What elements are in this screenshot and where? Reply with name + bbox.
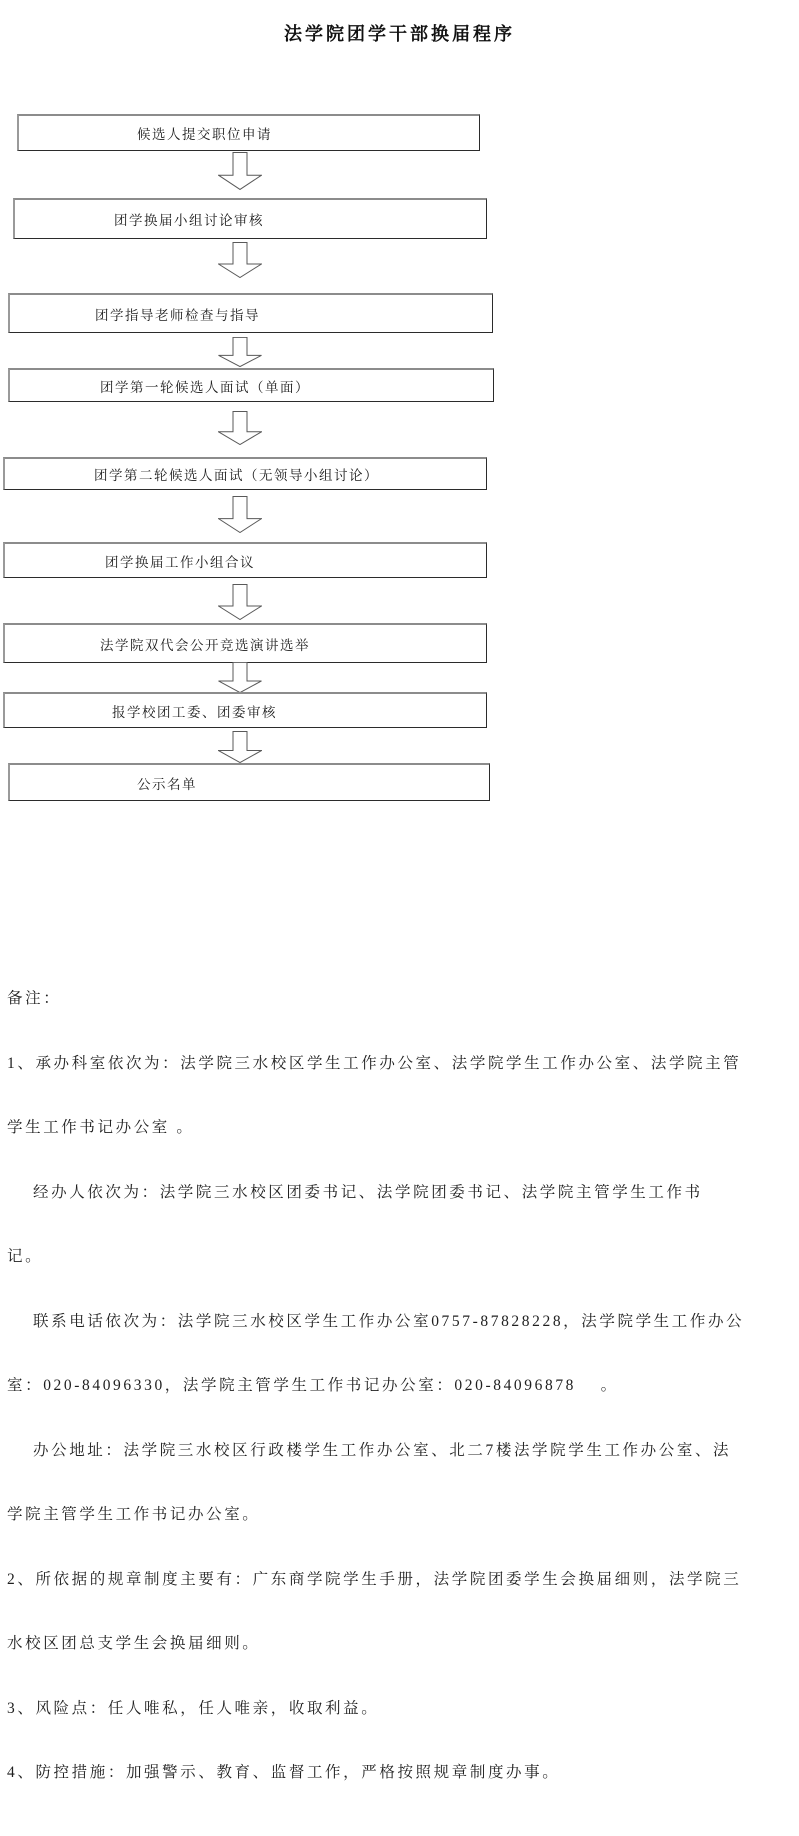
flow-step-label: 团学第一轮候选人面试（单面）	[100, 376, 310, 396]
flow-step-6: 团学换届工作小组合议	[3, 542, 487, 578]
down-arrow-icon	[218, 242, 262, 278]
note-line: 学生工作书记办公室 。	[7, 1117, 795, 1182]
flow-step-5: 团学第二轮候选人面试（无领导小组讨论）	[3, 457, 487, 490]
note-line: 3、风险点：任人唯私，任人唯亲，收取利益。	[7, 1698, 795, 1763]
flow-step-2: 团学换届小组讨论审核	[13, 198, 487, 239]
flow-step-label: 团学指导老师检查与指导	[95, 304, 260, 324]
flow-step-label: 团学第二轮候选人面试（无领导小组讨论）	[94, 464, 379, 484]
flow-step-label: 公示名单	[137, 773, 197, 793]
flow-step-label: 候选人提交职位申请	[137, 123, 272, 143]
flow-step-label: 报学校团工委、团委审核	[112, 701, 277, 721]
note-line: 办公地址：法学院三水校区行政楼学生工作办公室、北二7楼法学院学生工作办公室、法	[7, 1440, 795, 1505]
note-line: 室：020-84096330，法学院主管学生工作书记办公室：020-840968…	[7, 1375, 795, 1440]
document-page: 法学院团学干部换届程序 候选人提交职位申请 团学换届小组讨论审核 团学指导老师检…	[0, 0, 799, 1836]
note-line: 联系电话依次为：法学院三水校区学生工作办公室0757-87828228，法学院学…	[7, 1311, 795, 1376]
down-arrow-icon	[218, 152, 262, 190]
down-arrow-icon	[218, 337, 262, 367]
page-title: 法学院团学干部换届程序	[0, 20, 799, 46]
flow-step-label: 团学换届小组讨论审核	[114, 209, 264, 229]
flow-step-8: 报学校团工委、团委审核	[3, 692, 487, 728]
note-line: 4、防控措施：加强警示、教育、监督工作，严格按照规章制度办事。	[7, 1762, 795, 1827]
down-arrow-icon	[218, 662, 262, 693]
flow-step-9: 公示名单	[8, 763, 490, 801]
note-line: 水校区团总支学生会换届细则。	[7, 1633, 795, 1698]
note-line: 1、承办科室依次为：法学院三水校区学生工作办公室、法学院学生工作办公室、法学院主…	[7, 1053, 795, 1118]
note-line: 记。	[7, 1246, 795, 1311]
note-line: 2、所依据的规章制度主要有：广东商学院学生手册，法学院团委学生会换届细则，法学院…	[7, 1569, 795, 1634]
down-arrow-icon	[218, 731, 262, 763]
note-line: 经办人依次为：法学院三水校区团委书记、法学院团委书记、法学院主管学生工作书	[7, 1182, 795, 1247]
down-arrow-icon	[218, 411, 262, 445]
flow-step-7: 法学院双代会公开竞选演讲选举	[3, 623, 487, 663]
down-arrow-icon	[218, 496, 262, 533]
flow-step-label: 团学换届工作小组合议	[105, 551, 255, 571]
down-arrow-icon	[218, 584, 262, 620]
note-line: 学院主管学生工作书记办公室。	[7, 1504, 795, 1569]
flow-step-label: 法学院双代会公开竞选演讲选举	[100, 634, 310, 654]
notes-section: 备注： 1、承办科室依次为：法学院三水校区学生工作办公室、法学院学生工作办公室、…	[7, 988, 795, 1827]
flow-step-3: 团学指导老师检查与指导	[8, 293, 493, 333]
notes-heading: 备注：	[7, 988, 795, 1053]
flow-step-4: 团学第一轮候选人面试（单面）	[8, 368, 494, 402]
flow-step-1: 候选人提交职位申请	[17, 114, 480, 151]
